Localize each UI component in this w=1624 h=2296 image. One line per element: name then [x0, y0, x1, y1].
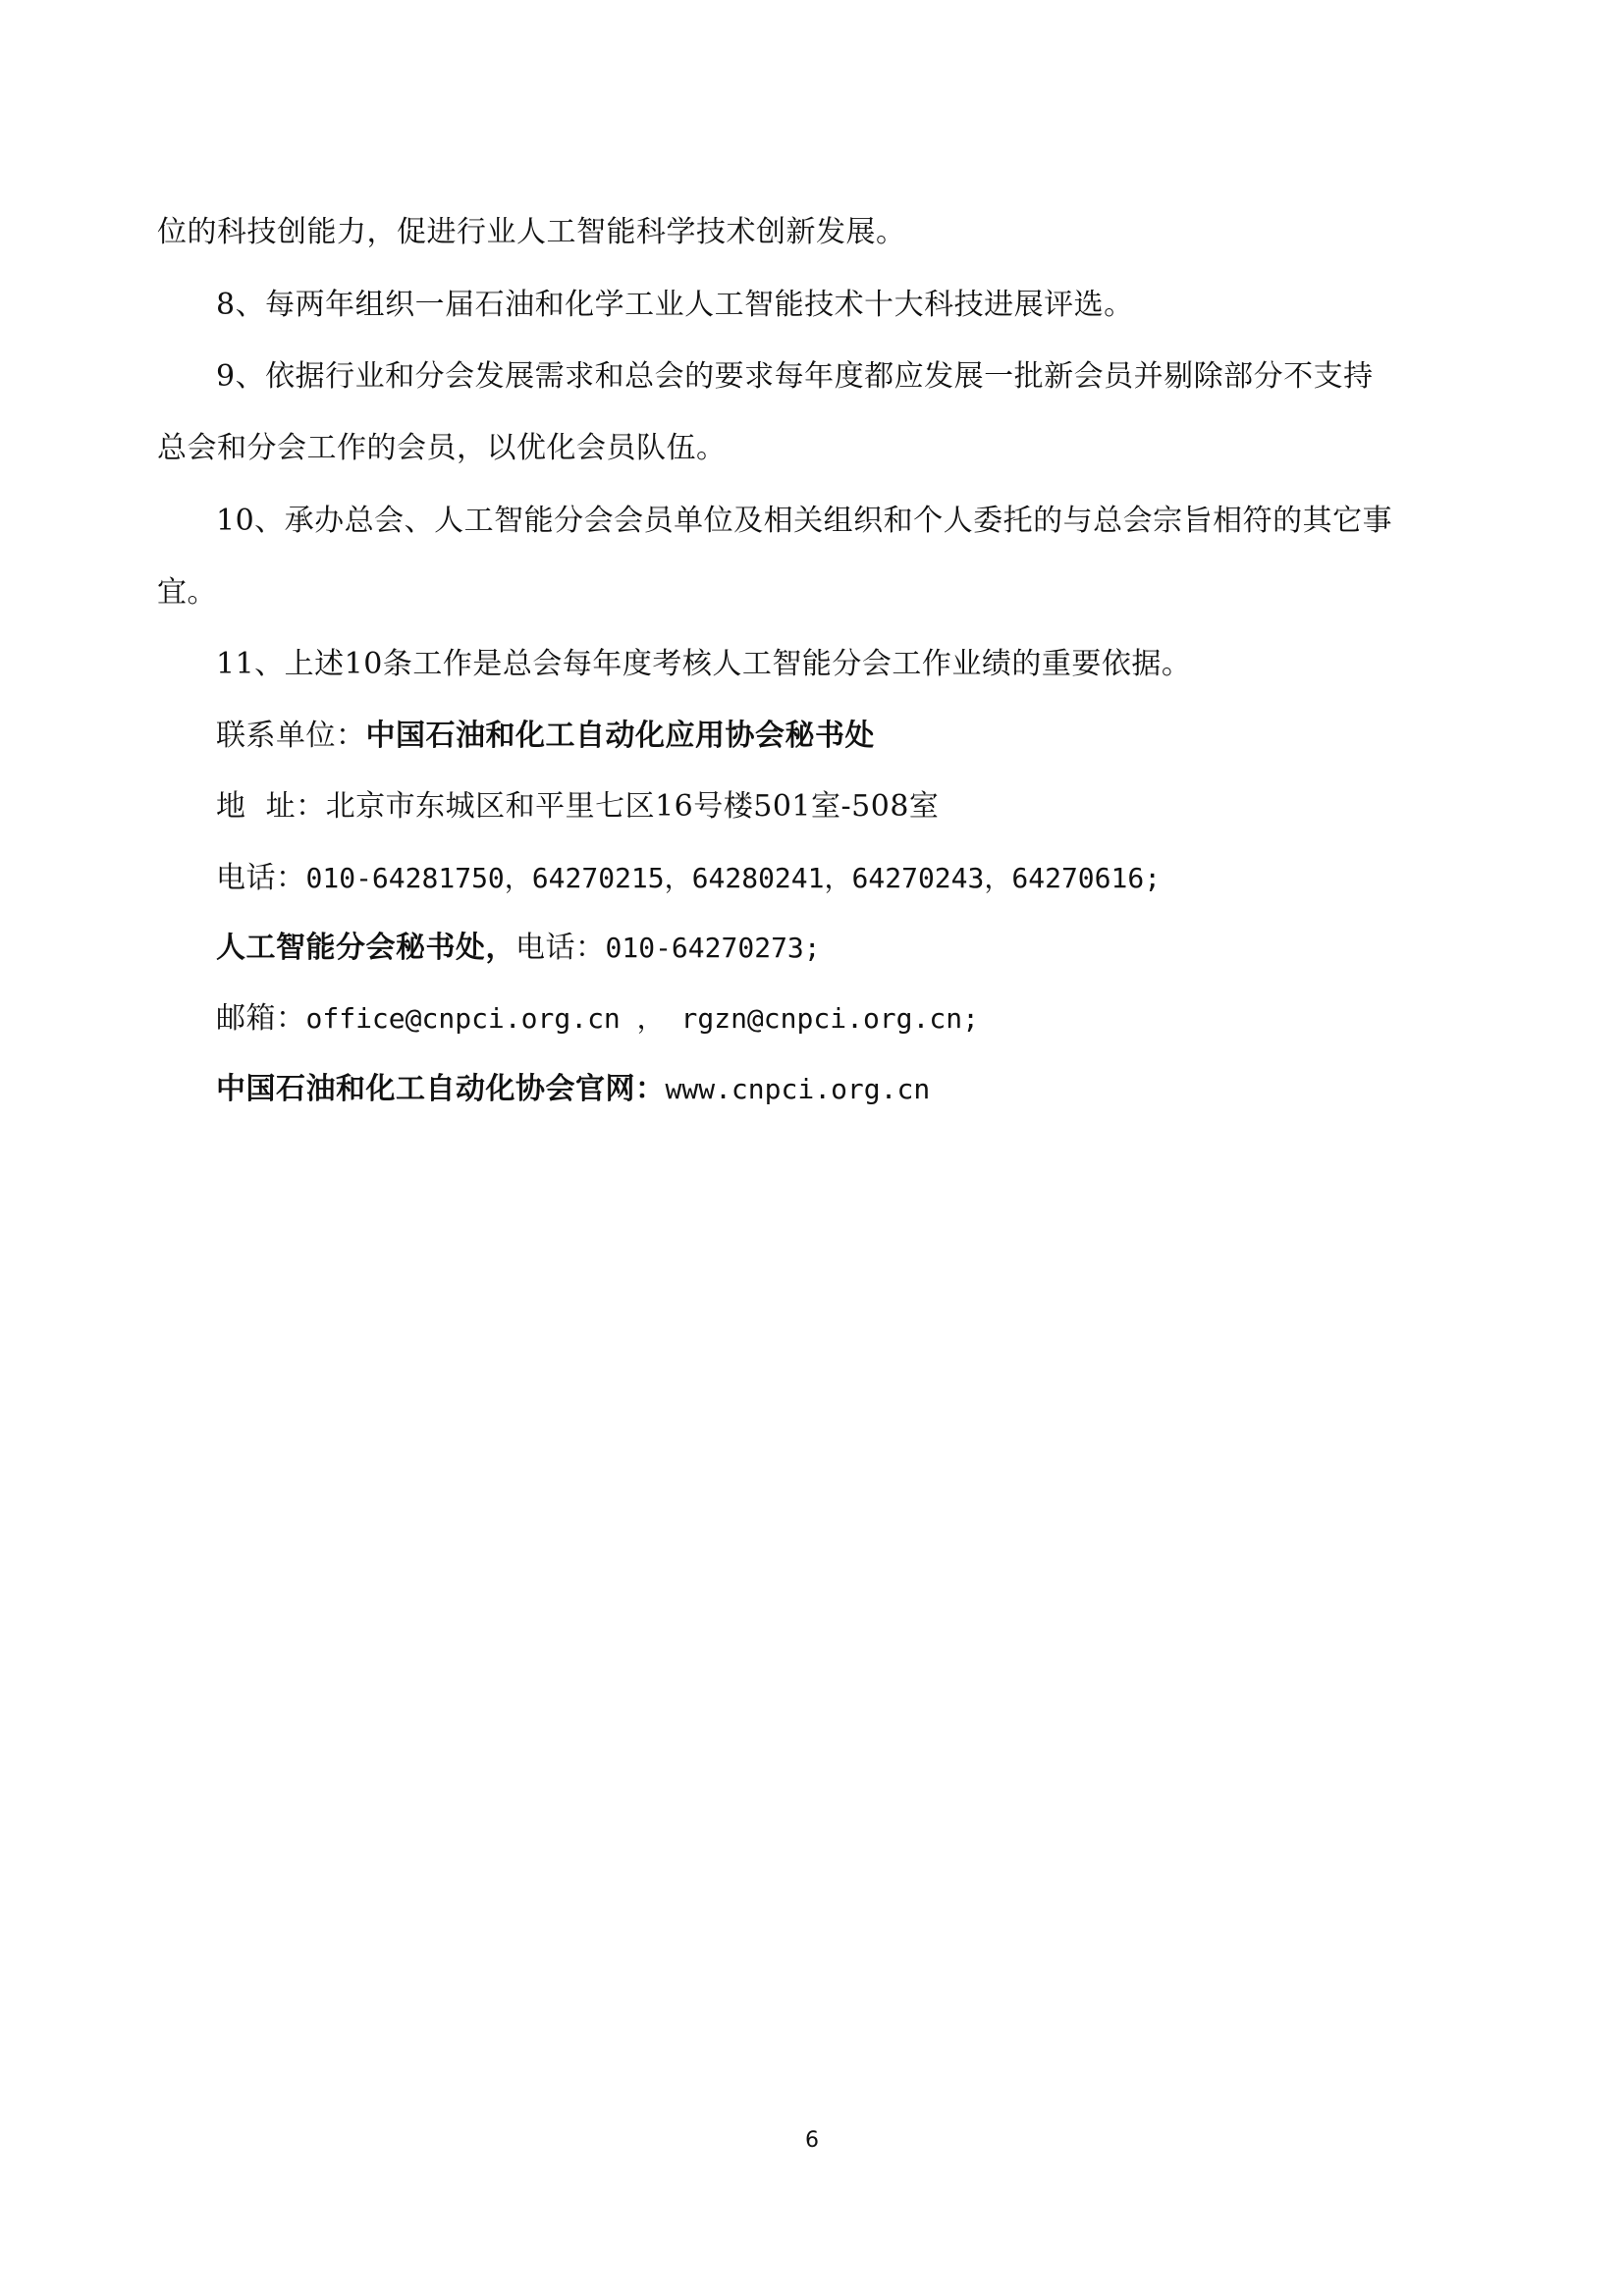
email-label: 邮箱： [216, 1001, 306, 1036]
contact-unit-value: 中国石油和化工自动化应用协会秘书处 [366, 719, 876, 753]
paragraph-line: 总会和分会工作的会员，以优化会员队伍。 [157, 429, 727, 468]
contact-website: 中国石油和化工自动化协会官网：www.cnpci.org.cn [216, 1070, 930, 1109]
website-value: www.cnpci.org.cn [666, 1073, 931, 1105]
address-value: 北京市东城区和平里七区16号楼501室-508室 [326, 789, 940, 824]
ai-office-contact: 人工智能分会秘书处，电话：010-64270273; [216, 929, 821, 968]
address-label: 地 址： [216, 789, 326, 824]
website-label: 中国石油和化工自动化协会官网： [216, 1072, 666, 1106]
phone-label: 电话： [216, 861, 306, 895]
paragraph-item-10: 10、承办总会、人工智能分会会员单位及相关组织和个人委托的与总会宗旨相符的其它事 [216, 502, 1392, 541]
contact-unit: 联系单位：中国石油和化工自动化应用协会秘书处 [216, 717, 875, 756]
contact-address: 地 址：北京市东城区和平里七区16号楼501室-508室 [216, 787, 939, 827]
paragraph-line: 宜。 [157, 573, 217, 613]
ai-phone-value: 010-64270273; [606, 932, 821, 964]
paragraph-item-9: 9、依据行业和分会发展需求和总会的要求每年度都应发展一批新会员并剔除部分不支持 [216, 357, 1374, 397]
contact-email: 邮箱：office@cnpci.org.cn ， rgzn@cnpci.org.… [216, 999, 979, 1039]
paragraph-item-11: 11、上述10条工作是总会每年度考核人工智能分会工作业绩的重要依据。 [216, 645, 1191, 684]
ai-phone-label: 电话： [515, 931, 606, 965]
page-number: 6 [0, 2128, 1624, 2153]
phone-value: 010-64281750，64270215，64280241，64270243，… [306, 862, 1162, 894]
email-value: office@cnpci.org.cn ， rgzn@cnpci.org.cn; [306, 1002, 979, 1035]
contact-phone: 电话：010-64281750，64270215，64280241，642702… [216, 859, 1161, 898]
paragraph-line: 位的科技创能力，促进行业人工智能科学技术创新发展。 [157, 213, 906, 252]
paragraph-item-8: 8、每两年组织一届石油和化学工业人工智能技术十大科技进展评选。 [216, 286, 1134, 325]
ai-office-label: 人工智能分会秘书处， [216, 931, 515, 965]
contact-unit-label: 联系单位： [216, 719, 366, 753]
document-page: 位的科技创能力，促进行业人工智能科学技术创新发展。 8、每两年组织一届石油和化学… [0, 0, 1624, 2296]
